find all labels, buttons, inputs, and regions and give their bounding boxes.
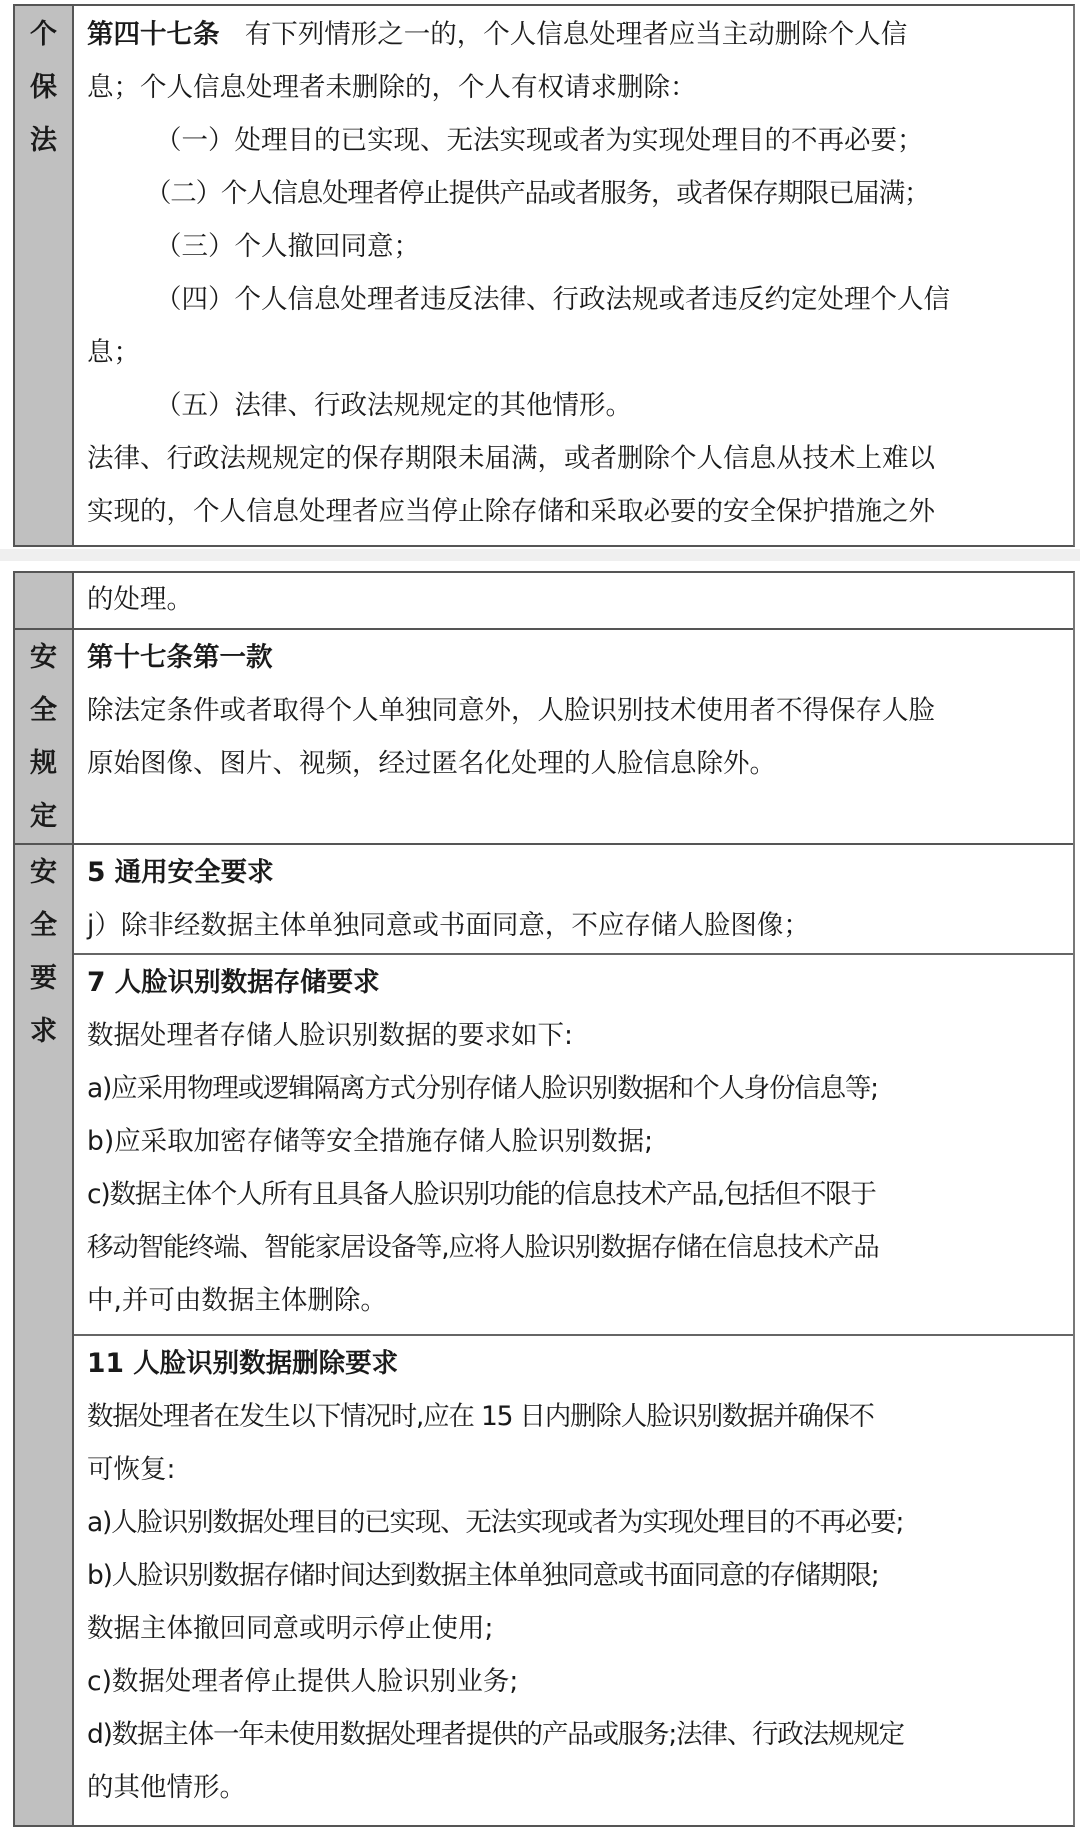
pipl-table: 个 保 法 第四十七条 有下列情形之一的，个人信息处理者应当主动删除个人信 息；… [13,4,1075,547]
list-item: （二）个人信息处理者停止提供产品或者服务，或者保存期限已届满； [87,167,1073,220]
label-char: 全 [15,899,72,952]
text-line: 息； [87,326,1073,379]
label-char: 保 [15,61,72,114]
list-item: （三）个人撤回同意； [87,220,1073,273]
list-item: c)数据主体个人所有且具备人脸识别功能的信息技术产品,包括但不限于 [87,1168,1073,1221]
list-item: （四）个人信息处理者违反法律、行政法规或者违反约定处理个人信 [87,273,1073,326]
row-label-pipl: 个 保 法 [15,8,72,167]
section-5-content: 5 通用安全要求 j）除非经数据主体单独同意或书面同意，不应存储人脸图像； [74,846,1073,952]
row-divider [15,628,1073,630]
article-47-content: 第四十七条 有下列情形之一的，个人信息处理者应当主动删除个人信 息；个人信息处理… [74,8,1073,538]
page-break-band [0,549,1080,561]
article-title: 第四十七条 [87,19,220,50]
text-line: 有下列情形之一的，个人信息处理者应当主动删除个人信 [245,19,908,50]
text-line: 的处理。 [87,573,1073,626]
text-line: j）除非经数据主体单独同意或书面同意，不应存储人脸图像； [87,899,1073,952]
cell-divider [74,953,1073,955]
label-char: 定 [15,790,72,843]
list-item: b)应采取加密存储等安全措施存储人脸识别数据; [87,1115,1073,1168]
text-line: 数据处理者在发生以下情况时,应在 15 日内删除人脸识别数据并确保不 [87,1390,1073,1443]
security-rules-content: 第十七条第一款 除法定条件或者取得个人单独同意外，人脸识别技术使用者不得保存人脸… [74,631,1073,790]
text-line: 移动智能终端、智能家居设备等,应将人脸识别数据存储在信息技术产品 [87,1221,1073,1274]
label-char: 规 [15,737,72,790]
section-title: 5 通用安全要求 [87,846,1073,899]
list-item: c)数据处理者停止提供人脸识别业务; [87,1655,1073,1708]
continuation-row: 的处理。 [74,573,1073,626]
text-line: 的其他情形。 [87,1761,1073,1814]
article-heading-line: 第四十七条 有下列情形之一的，个人信息处理者应当主动删除个人信 [87,8,1073,61]
label-char: 全 [15,684,72,737]
text-line: 实现的，个人信息处理者应当停止除存储和采取必要的安全保护措施之外 [87,485,1073,538]
row-label-security-rules: 安 全 规 定 [15,631,72,843]
cell-divider [74,1334,1073,1336]
text-line: 息；个人信息处理者未删除的，个人有权请求删除： [87,61,1073,114]
list-item: d)数据主体一年未使用数据处理者提供的产品或服务;法律、行政法规规定 [87,1708,1073,1761]
label-char: 安 [15,846,72,899]
text-line: 数据主体撤回同意或明示停止使用; [87,1602,1073,1655]
text-line: 原始图像、图片、视频，经过匿名化处理的人脸信息除外。 [87,737,1073,790]
list-item: （五）法律、行政法规规定的其他情形。 [87,379,1073,432]
list-item: b)人脸识别数据存储时间达到数据主体单独同意或书面同意的存储期限; [87,1549,1073,1602]
row-label-security-requirements: 安 全 要 求 [15,846,72,1058]
section-title: 第十七条第一款 [87,631,1073,684]
label-char: 个 [15,8,72,61]
label-char: 求 [15,1005,72,1058]
label-char: 要 [15,952,72,1005]
list-item: a)应采用物理或逻辑隔离方式分别存储人脸识别数据和个人身份信息等; [87,1062,1073,1115]
text-line: 法律、行政法规规定的保存期限未届满，或者删除个人信息从技术上难以 [87,432,1073,485]
text-line: 数据处理者存储人脸识别数据的要求如下: [87,1009,1073,1062]
list-item: a)人脸识别数据处理目的已实现、无法实现或者为实现处理目的不再必要; [87,1496,1073,1549]
section-title: 11 人脸识别数据删除要求 [87,1337,1073,1390]
section-11-content: 11 人脸识别数据删除要求 数据处理者在发生以下情况时,应在 15 日内删除人脸… [74,1337,1073,1814]
label-char: 法 [15,114,72,167]
text-line: 中,并可由数据主体删除。 [87,1274,1073,1327]
section-7-content: 7 人脸识别数据存储要求 数据处理者存储人脸识别数据的要求如下: a)应采用物理… [74,956,1073,1327]
list-item: （一）处理目的已实现、无法实现或者为实现处理目的不再必要； [87,114,1073,167]
row-divider [15,843,1073,845]
label-char: 安 [15,631,72,684]
regulations-table: 的处理。 安 全 规 定 第十七条第一款 除法定条件或者取得个人单独同意外，人脸… [13,571,1075,1827]
text-line: 除法定条件或者取得个人单独同意外，人脸识别技术使用者不得保存人脸 [87,684,1073,737]
section-title: 7 人脸识别数据存储要求 [87,956,1073,1009]
text-line: 可恢复: [87,1443,1073,1496]
